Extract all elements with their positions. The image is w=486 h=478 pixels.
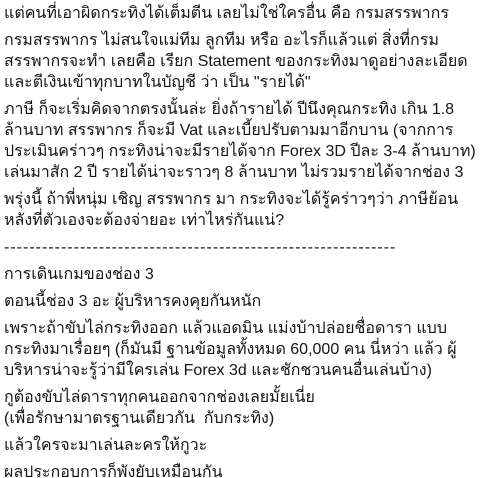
post-text: แต่คนที่เอาผิดกระทิงได้เต็มตีน เลยไม่ใช่… [0,0,486,478]
paragraph-admin-database: เพราะถ้าขับไล่กระทิงออก แล้วแอดมิน แม่งบ… [4,318,480,381]
paragraph-executives-talk: ตอนนี้ช่อง 3 อะ ผู้บริหารคงคุยกันหนัก [4,291,480,312]
dashed-separator: ----------------------------------------… [4,237,480,258]
paragraph-who-will-act: แล้วใครจะมาเล่นละครให้กูวะ [4,435,480,456]
paragraph-tax-calculation: ภาษี ก็จะเริ่มคิดจากตรงนั้นล่ะ ยิ่งถ้ารา… [4,99,480,183]
paragraph-tomorrow-question: พรุ่งนี้ ถ้าพี่หนุ่ม เชิญ สรรพากร มา กระ… [4,189,480,231]
paragraph-expel-actors: กูต้องขับไล่ดาราทุกคนออกจากช่องเลยมั้ยเน… [4,387,480,429]
paragraph-channel3-heading: การเดินเกมของช่อง 3 [4,264,480,285]
paragraph-statement-income: กรมสรรพากร ไม่สนใจแม่ทีม ลูกทีม หรือ อะไ… [4,30,480,93]
paragraph-tax-department-intro: แต่คนที่เอาผิดกระทิงได้เต็มตีน เลยไม่ใช่… [4,3,480,24]
paragraph-business-results: ผลประกอบการก็พังยับเหมือนกัน [4,462,480,478]
